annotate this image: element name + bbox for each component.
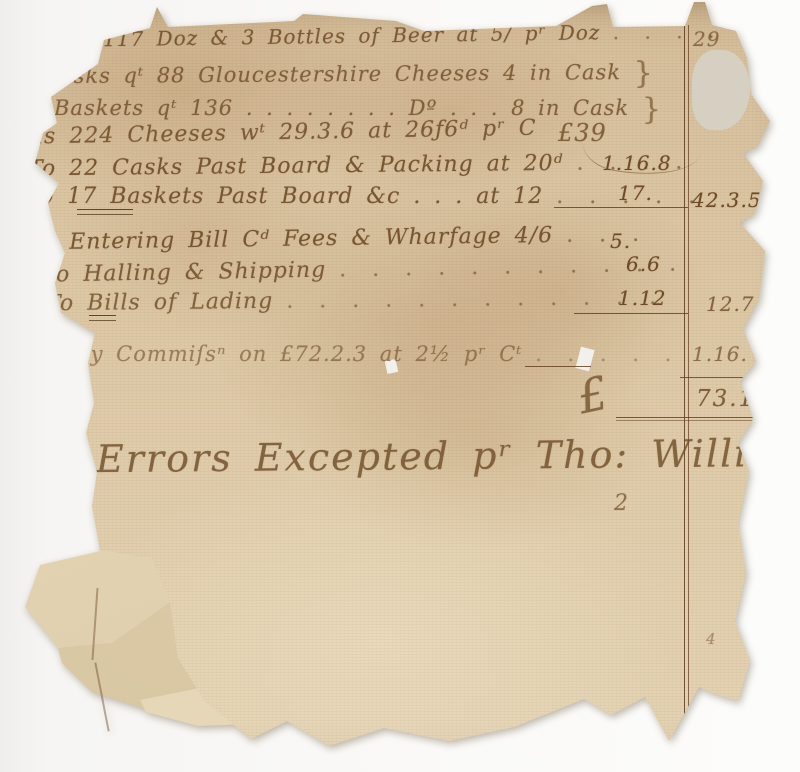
torn-text-fragment: t: [141, 0, 147, 19]
margin-tick-mark: [87, 19, 141, 25]
paper-shadow-wrap: t 117 Doz & 3 Bottles of Beer at 5/ pʳ D…: [0, 0, 800, 772]
scanned-document: t 117 Doz & 3 Bottles of Beer at 5/ pʳ D…: [0, 0, 800, 772]
